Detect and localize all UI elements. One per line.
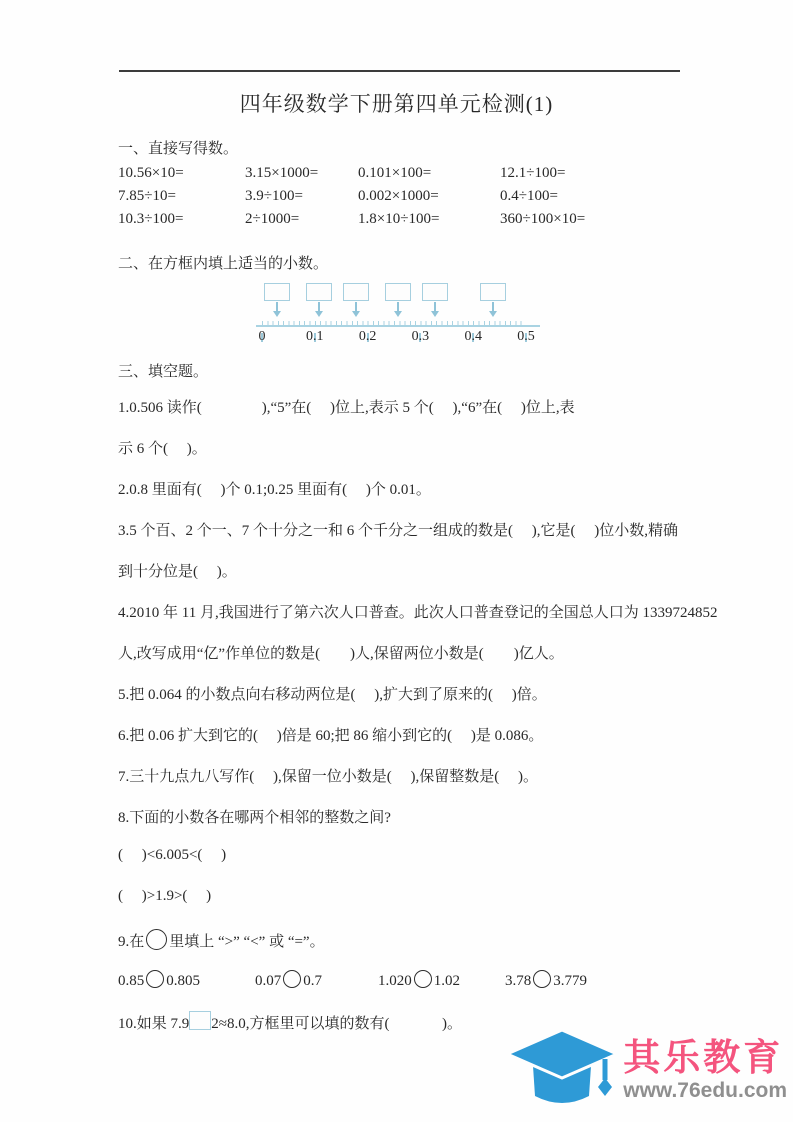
compare-circle-icon [283,970,301,988]
down-arrow-icon [355,302,357,311]
down-arrow-icon [318,302,320,311]
math-problem: 360÷100×10= [500,211,675,233]
axis-tick-label: 0 [259,329,266,345]
axis-tick-label: 0.4 [464,329,482,345]
brand-text-block: 其乐教育 www.76edu.com [623,1037,787,1103]
worksheet-content: 四年级数学下册第四单元检测(1) 一、直接写得数。 10.56×10= 3.15… [0,88,793,1031]
axis-tick-label: 0.1 [306,329,324,345]
number-line-marker [385,283,411,317]
brand-url: www.76edu.com [623,1079,787,1103]
number-line: 0 0.1 0.2 0.3 0.4 0.5 [256,283,540,341]
question-6: 6.把 0.06 扩大到它的( )倍是 60;把 86 缩小到它的( )是 0.… [118,724,675,744]
compare-circle-icon [146,970,164,988]
number-line-marker [480,283,506,317]
brand-name: 其乐教育 [623,1037,783,1079]
compare-circle-icon [414,970,432,988]
page-title: 四年级数学下册第四单元检测(1) [118,88,675,118]
math-problem: 10.3÷100= [118,211,245,233]
question-10-suffix: 2≈8.0,方框里可以填的数有( )。 [211,1016,462,1032]
question-8: 8.下面的小数各在哪两个相邻的整数之间? [118,806,675,826]
comparison-item: 0.850.805 [118,970,200,990]
math-problem: 0.002×1000= [358,188,500,210]
number-line-rule [256,316,540,327]
question-4-line2: 人,改写成用“亿”作单位的数是( )人,保留两位小数是( )亿人。 [118,642,675,662]
axis-tick-label: 0.5 [517,329,535,345]
comparison-item: 3.783.779 [505,970,587,990]
question-3-line1: 3.5 个百、2 个一、7 个十分之一和 6 个千分之一组成的数是( ),它是(… [118,519,675,539]
question-8-blank-a: ( )<6.005<( ) [118,847,675,867]
number-line-marker [306,283,332,317]
number-line-marker [343,283,369,317]
comparison-item: 0.070.7 [255,970,322,990]
worksheet-page: 四年级数学下册第四单元检测(1) 一、直接写得数。 10.56×10= 3.15… [0,0,793,1122]
math-problem: 7.85÷10= [118,188,245,210]
down-arrow-icon [434,302,436,311]
question-10-prefix: 10.如果 7.9 [118,1016,189,1032]
axis-tick-label: 0.2 [359,329,377,345]
question-7: 7.三十九点九八写作( ),保留一位小数是( ),保留整数是( )。 [118,765,675,785]
graduation-cap-icon [505,1026,623,1114]
down-arrow-icon [492,302,494,311]
comparison-row: 0.850.805 0.070.7 1.0201.02 3.783.779 [118,970,675,990]
down-arrow-icon [397,302,399,311]
header-rule [119,70,680,72]
calc-problems-grid: 10.56×10= 3.15×1000= 0.101×100= 12.1÷100… [118,165,675,233]
compare-circle-icon [533,970,551,988]
math-problem: 1.8×10÷100= [358,211,500,233]
question-9-prefix: 9.在 [118,934,144,950]
answer-box [343,283,369,301]
question-2: 2.0.8 里面有( )个 0.1;0.25 里面有( )个 0.01。 [118,478,675,498]
question-1-line2: 示 6 个( )。 [118,437,675,457]
question-9-suffix: 里填上 “>” “<” 或 “=”。 [169,934,324,950]
question-4-line1: 4.2010 年 11 月,我国进行了第六次人口普查。此次人口普查登记的全国总人… [118,601,675,621]
answer-box [264,283,290,301]
section1-heading: 一、直接写得数。 [118,137,675,158]
question-9: 9.在里填上 “>” “<” 或 “=”。 [118,929,675,949]
answer-box [422,283,448,301]
comparison-item: 1.0201.02 [378,970,460,990]
answer-box [480,283,506,301]
math-problem: 3.15×1000= [245,165,358,187]
compare-circle-icon [146,929,167,950]
section2-heading: 二、在方框内填上适当的小数。 [118,252,675,273]
question-8-blank-b: ( )>1.9>( ) [118,888,675,908]
answer-box [189,1011,211,1030]
math-problem: 3.9÷100= [245,188,358,210]
question-3-line2: 到十分位是( )。 [118,560,675,580]
math-problem: 2÷1000= [245,211,358,233]
number-line-marker [422,283,448,317]
section3-heading: 三、填空题。 [118,360,675,381]
math-problem: 0.4÷100= [500,188,675,210]
down-arrow-icon [276,302,278,311]
brand-logo: 其乐教育 www.76edu.com [505,1026,787,1114]
math-problem: 12.1÷100= [500,165,675,187]
number-line-axis: 0 0.1 0.2 0.3 0.4 0.5 [262,283,526,341]
question-5: 5.把 0.064 的小数点向右移动两位是( ),扩大到了原来的( )倍。 [118,683,675,703]
answer-box [306,283,332,301]
math-problem: 0.101×100= [358,165,500,187]
answer-box [385,283,411,301]
question-1-line1: 1.0.506 读作( ),“5”在( )位上,表示 5 个( ),“6”在( … [118,396,675,416]
math-problem: 10.56×10= [118,165,245,187]
minor-ticks [262,321,526,325]
number-line-marker [264,283,290,317]
axis-tick-label: 0.3 [412,329,430,345]
